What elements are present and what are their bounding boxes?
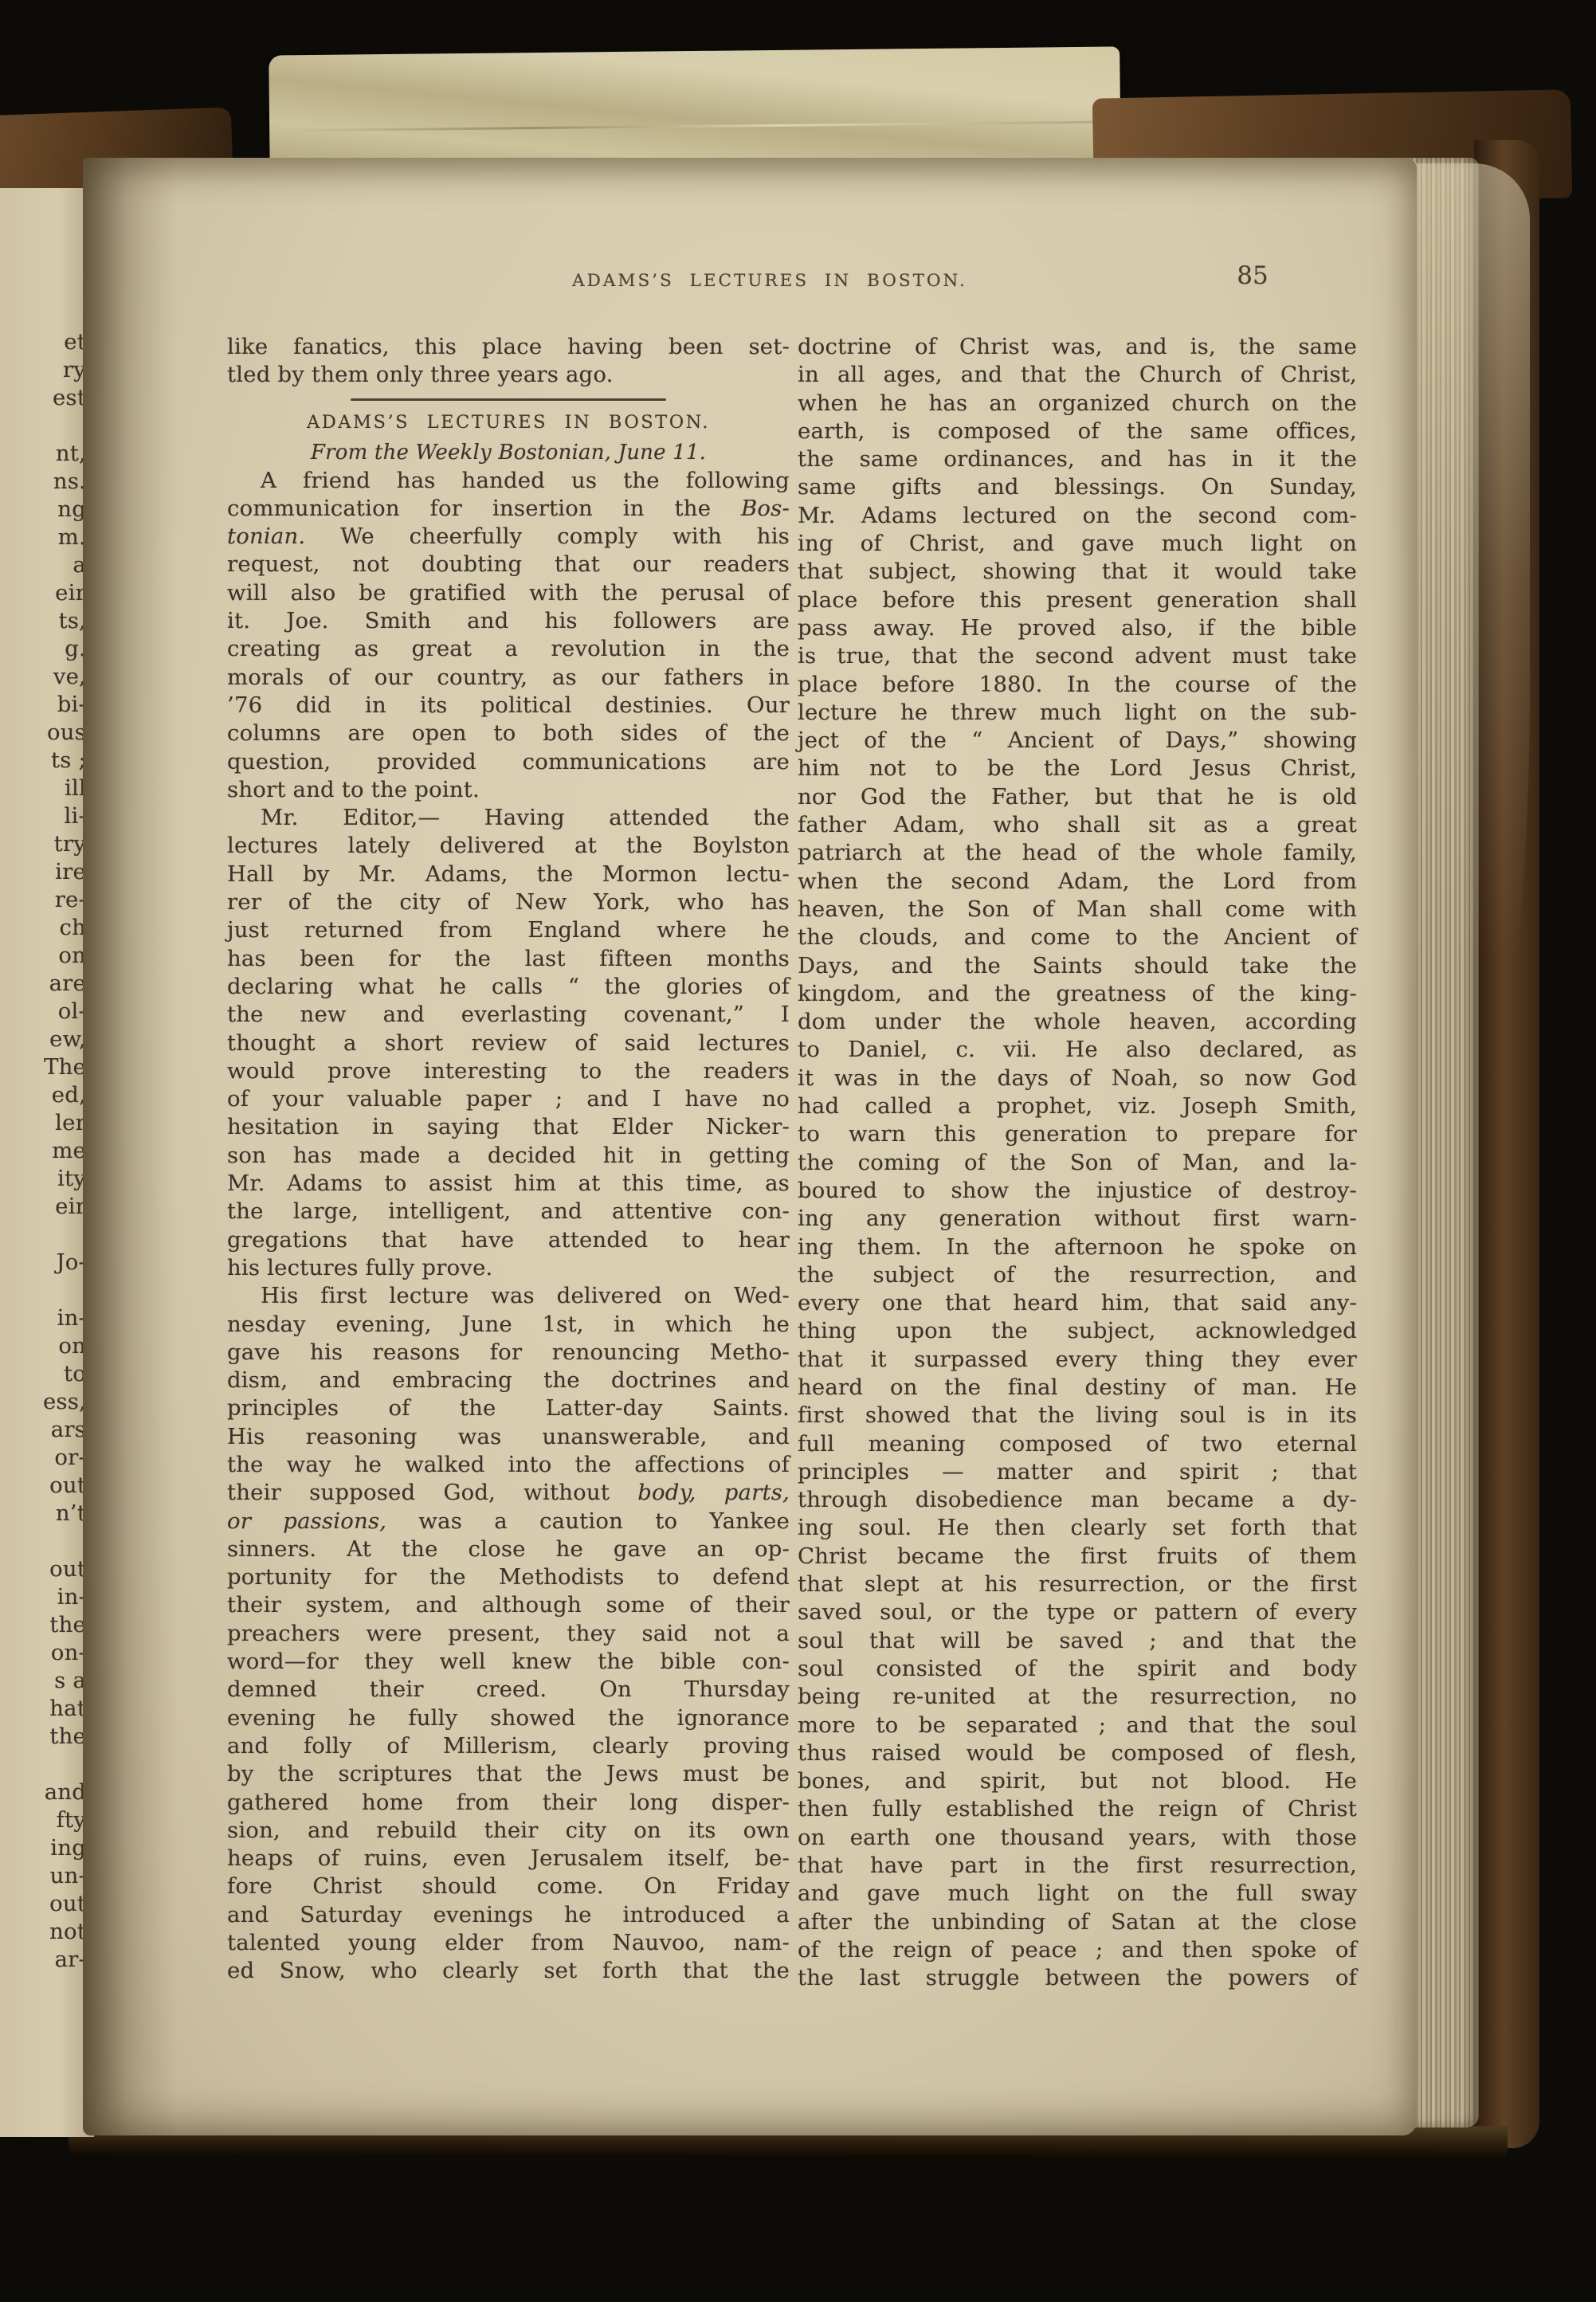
plain-text: We cheerfully comply with his xyxy=(305,524,790,549)
left-text-column: like fanatics, this place having been se… xyxy=(227,333,790,1986)
cutoff-text-fragment: The xyxy=(3,1053,86,1081)
text-line: declaring what he calls “ the glories of xyxy=(227,973,790,1001)
paragraph: doctrine of Christ was, and is, the same… xyxy=(798,333,1357,1993)
text-line: more to be separated ; and that the soul xyxy=(798,1712,1357,1739)
page-number: 85 xyxy=(1221,261,1284,290)
cutoff-text-fragment: ing xyxy=(3,1834,86,1862)
cutoff-text-fragment: out xyxy=(3,1472,86,1500)
text-line: bones, and spirit, but not blood. He xyxy=(798,1767,1357,1795)
text-line: His first lecture was delivered on Wed- xyxy=(227,1282,790,1310)
article-heading: ADAMS’S LECTURES IN BOSTON. xyxy=(227,406,790,438)
cutoff-text-fragment: in- xyxy=(3,1583,86,1611)
cutoff-text-fragment: s a xyxy=(3,1667,86,1695)
text-line: just returned from England where he xyxy=(227,916,790,944)
text-line: thus raised would be composed of flesh, xyxy=(798,1739,1357,1767)
cutoff-text-fragment: eir xyxy=(3,579,86,607)
text-line: preachers were present, they said not a xyxy=(227,1620,790,1648)
text-line: would prove interesting to the readers xyxy=(227,1057,790,1085)
text-line: is true, that the second advent must tak… xyxy=(798,642,1357,670)
text-line: communication for insertion in the Bos- xyxy=(227,495,790,523)
cutoff-text-fragment: or- xyxy=(3,1444,86,1472)
text-line: through disobedience man became a dy- xyxy=(798,1486,1357,1514)
text-line: boured to show the injustice of destroy- xyxy=(798,1177,1357,1205)
text-line: soul that will be saved ; and that the xyxy=(798,1627,1357,1655)
text-line: when he has an organized church on the xyxy=(798,390,1357,418)
text-line: creating as great a revolution in the xyxy=(227,635,790,663)
text-line: tled by them only three years ago. xyxy=(227,361,790,389)
text-line: the subject of the resurrection, and xyxy=(798,1261,1357,1289)
book-photo-scene: etryest nt,ns.ngm.aeirts,g.ve,bi-ousts ;… xyxy=(0,0,1596,2302)
text-line: heaps of ruins, even Jerusalem itself, b… xyxy=(227,1845,790,1873)
text-line: fore Christ should come. On Friday xyxy=(227,1873,790,1900)
text-line: like fanatics, this place having been se… xyxy=(227,333,790,361)
cutoff-text-fragment xyxy=(3,1221,86,1249)
text-line: His reasoning was unanswerable, and xyxy=(227,1423,790,1451)
text-line: and gave much light on the full sway xyxy=(798,1880,1357,1908)
text-line: Christ became the first fruits of them xyxy=(798,1543,1357,1571)
text-line: ing soul. He then clearly set forth that xyxy=(798,1514,1357,1542)
text-line: hesitation in saying that Elder Nicker- xyxy=(227,1113,790,1141)
section-divider-rule xyxy=(351,398,666,401)
cutoff-text-fragment: li- xyxy=(3,802,86,830)
cutoff-text-fragment xyxy=(3,412,86,440)
cutoff-text-fragment: ler xyxy=(3,1109,86,1137)
text-line: Mr. Adams to assist him at this time, as xyxy=(227,1170,790,1198)
text-line: that subject, showing that it would take xyxy=(798,558,1357,586)
text-line: the way he walked into the affections of xyxy=(227,1451,790,1479)
text-line: nor God the Father, but that he is old xyxy=(798,783,1357,811)
cutoff-text-fragment: ry xyxy=(3,356,86,384)
cutoff-text-fragment: nt, xyxy=(3,440,86,468)
cutoff-text-fragment: ng xyxy=(3,496,86,524)
paragraph: A friend has handed us the followingcomm… xyxy=(227,467,790,805)
text-line: place before this present generation sha… xyxy=(798,586,1357,614)
text-line: of the reign of peace ; and then spoke o… xyxy=(798,1936,1357,1964)
cutoff-text-fragment: ed, xyxy=(3,1081,86,1109)
cutoff-text-fragment: ts, xyxy=(3,607,86,635)
cutoff-text-fragment: ns. xyxy=(3,468,86,496)
text-line: gregations that have attended to hear xyxy=(227,1226,790,1254)
leather-cover-right-edge xyxy=(1474,140,1539,2148)
text-line: him not to be the Lord Jesus Christ, xyxy=(798,755,1357,782)
text-line: columns are open to both sides of the xyxy=(227,720,790,747)
text-line: ’76 did in its political destinies. Our xyxy=(227,692,790,720)
text-line: thought a short review of said lectures xyxy=(227,1029,790,1057)
text-line: principles — matter and spirit ; that xyxy=(798,1458,1357,1486)
plain-text: communication for insertion in the xyxy=(227,496,741,521)
cutoff-text-fragment: ous xyxy=(3,719,86,747)
cutoff-text-fragment: fty xyxy=(3,1806,86,1834)
text-line: the last struggle between the powers of xyxy=(798,1964,1357,1992)
text-line: the new and everlasting covenant,” I xyxy=(227,1001,790,1029)
left-column-body: A friend has handed us the followingcomm… xyxy=(227,467,790,1986)
cutoff-text-fragment: un- xyxy=(3,1862,86,1890)
cutoff-text-fragment: et xyxy=(3,328,86,356)
text-line: request, not doubting that our readers xyxy=(227,551,790,578)
text-line: that slept at his resurrection, or the f… xyxy=(798,1571,1357,1598)
text-line: question, provided communications are xyxy=(227,748,790,776)
text-line: gathered home from their long disper- xyxy=(227,1789,790,1817)
plain-text: was a caution to Yankee xyxy=(386,1508,790,1534)
italic-text: body, parts, xyxy=(637,1480,790,1505)
text-line: pass away. He proved also, if the bible xyxy=(798,614,1357,642)
italic-text: Bos- xyxy=(741,496,790,521)
text-line: their system, and although some of their xyxy=(227,1591,790,1619)
text-line: father Adam, who shall sit as a great xyxy=(798,811,1357,839)
text-line: Mr. Editor,— Having attended the xyxy=(227,804,790,832)
text-line: ject of the “ Ancient of Days,” showing xyxy=(798,727,1357,755)
text-line: dom under the whole heaven, according xyxy=(798,1008,1357,1036)
cutoff-text-fragment: ess, xyxy=(3,1388,86,1416)
text-line: that it surpassed every thing they ever xyxy=(798,1346,1357,1374)
text-line: it was in the days of Noah, so now God xyxy=(798,1065,1357,1092)
text-line: will also be gratified with the perusal … xyxy=(227,579,790,607)
text-line: their supposed God, without body, parts, xyxy=(227,1479,790,1507)
text-line: heard on the final destiny of man. He xyxy=(798,1374,1357,1402)
text-line: short and to the point. xyxy=(227,776,790,804)
text-line: Days, and the Saints should take the xyxy=(798,952,1357,980)
text-line: lecture he threw much light on the sub- xyxy=(798,699,1357,727)
cutoff-text-fragment: on xyxy=(3,1332,86,1360)
text-line: then fully established the reign of Chri… xyxy=(798,1795,1357,1823)
text-line: ing of Christ, and gave much light on xyxy=(798,530,1357,558)
text-line: A friend has handed us the following xyxy=(227,467,790,495)
text-line: after the unbinding of Satan at the clos… xyxy=(798,1908,1357,1936)
article-byline: From the Weekly Bostonian, June 11. xyxy=(227,438,790,467)
text-line: to Daniel, c. vii. He also declared, as xyxy=(798,1036,1357,1064)
cutoff-text-fragment: me xyxy=(3,1137,86,1165)
text-line: first showed that the living soul is in … xyxy=(798,1402,1357,1429)
text-line: ing any generation without first warn- xyxy=(798,1205,1357,1233)
book-page: ADAMS’S LECTURES IN BOSTON. 85 like fana… xyxy=(83,158,1417,2135)
facing-page-sliver: etryest nt,ns.ngm.aeirts,g.ve,bi-ousts ;… xyxy=(0,188,94,2137)
cutoff-text-fragment: ars xyxy=(3,1416,86,1444)
text-line: son has made a decided hit in getting xyxy=(227,1142,790,1170)
cutoff-text-fragment: on- xyxy=(3,1639,86,1667)
cutoff-text-fragment: n’t xyxy=(3,1500,86,1527)
cutoff-text-fragment: est xyxy=(3,384,86,412)
cutoff-text-fragment xyxy=(3,1751,86,1778)
text-line: nesday evening, June 1st, in which he xyxy=(227,1311,790,1339)
cutoff-text-fragment: re- xyxy=(3,886,86,914)
text-line: Hall by Mr. Adams, the Mormon lectu- xyxy=(227,861,790,888)
italic-text: or passions, xyxy=(227,1508,386,1534)
text-line: soul consisted of the spirit and body xyxy=(798,1655,1357,1683)
text-line: the large, intelligent, and attentive co… xyxy=(227,1198,790,1226)
text-line: ing them. In the afternoon he spoke on xyxy=(798,1233,1357,1261)
cutoff-text-fragment: not xyxy=(3,1918,86,1946)
paragraph: like fanatics, this place having been se… xyxy=(227,333,790,390)
cutoff-text-fragment: in- xyxy=(3,1304,86,1332)
cutoff-text-fragment: ve, xyxy=(3,663,86,691)
cutoff-text-fragment: ol- xyxy=(3,998,86,1026)
text-line: of your valuable paper ; and I have no xyxy=(227,1085,790,1113)
cutoff-text-fragment: ire xyxy=(3,858,86,886)
text-line: place before 1880. In the course of the xyxy=(798,671,1357,699)
cutoff-text-fragment: try xyxy=(3,830,86,858)
text-line: patriarch at the head of the whole famil… xyxy=(798,839,1357,867)
paragraph: Mr. Editor,— Having attended thelectures… xyxy=(227,804,790,1282)
text-line: his lectures fully prove. xyxy=(227,1254,790,1282)
cutoff-text-fragment: ch xyxy=(3,914,86,942)
cutoff-text-fragment: to xyxy=(3,1360,86,1388)
cutoff-text-fragment: ar- xyxy=(3,1946,86,1974)
text-line: in all ages, and that the Church of Chri… xyxy=(798,361,1357,389)
cutoff-text-fragment: hat xyxy=(3,1695,86,1723)
text-line: lectures lately delivered at the Boylsto… xyxy=(227,832,790,860)
text-line: the clouds, and come to the Ancient of xyxy=(798,924,1357,951)
cutoff-text-fragment xyxy=(3,1276,86,1304)
cutoff-text-fragment: ill xyxy=(3,775,86,802)
cutoff-text-fragment: ity xyxy=(3,1165,86,1193)
right-text-column: doctrine of Christ was, and is, the same… xyxy=(798,333,1357,1993)
text-line: full meaning composed of two eternal xyxy=(798,1430,1357,1458)
cutoff-text-fragment: ts ; xyxy=(3,747,86,775)
text-line: rer of the city of New York, who has xyxy=(227,888,790,916)
text-line: every one that heard him, that said any- xyxy=(798,1289,1357,1317)
text-line: saved soul, or the type or pattern of ev… xyxy=(798,1598,1357,1626)
cutoff-text-fragment: Jo- xyxy=(3,1249,86,1276)
text-line: demned their creed. On Thursday xyxy=(227,1676,790,1704)
text-line: heaven, the Son of Man shall come with xyxy=(798,896,1357,924)
text-line: or passions, was a caution to Yankee xyxy=(227,1508,790,1535)
continuation-paragraph: like fanatics, this place having been se… xyxy=(227,333,790,390)
cutoff-fragment-column: etryest nt,ns.ngm.aeirts,g.ve,bi-ousts ;… xyxy=(3,328,86,1974)
text-line: the coming of the Son of Man, and la- xyxy=(798,1149,1357,1177)
cutoff-text-fragment: out xyxy=(3,1890,86,1918)
text-line: thing upon the subject, acknowledged xyxy=(798,1317,1357,1345)
text-line: tonian. We cheerfully comply with his xyxy=(227,523,790,551)
text-line: on earth one thousand years, with those xyxy=(798,1824,1357,1852)
text-line: sinners. At the close he gave an op- xyxy=(227,1535,790,1563)
text-line: the same ordinances, and has in it the xyxy=(798,445,1357,473)
cutoff-text-fragment: a xyxy=(3,551,86,579)
text-line: when the second Adam, the Lord from xyxy=(798,868,1357,896)
cutoff-text-fragment: g. xyxy=(3,635,86,663)
text-line: same gifts and blessings. On Sunday, xyxy=(798,473,1357,501)
text-line: gave his reasons for renouncing Metho- xyxy=(227,1339,790,1367)
cutoff-text-fragment: eir xyxy=(3,1193,86,1221)
paper-crease xyxy=(287,120,1104,131)
text-line: and folly of Millerism, clearly proving xyxy=(227,1732,790,1760)
text-line: by the scriptures that the Jews must be xyxy=(227,1760,790,1788)
text-line: morals of our country, as our fathers in xyxy=(227,664,790,692)
text-line: had called a prophet, viz. Joseph Smith, xyxy=(798,1092,1357,1120)
text-line: being re-united at the resurrection, no xyxy=(798,1683,1357,1711)
text-line: doctrine of Christ was, and is, the same xyxy=(798,333,1357,361)
text-line: dism, and embracing the doctrines and xyxy=(227,1367,790,1394)
cutoff-text-fragment: m. xyxy=(3,524,86,551)
cutoff-text-fragment: out xyxy=(3,1555,86,1583)
text-line: that have part in the first resurrection… xyxy=(798,1852,1357,1880)
text-line: has been for the last fifteen months xyxy=(227,945,790,973)
text-line: sion, and rebuild their city on its own xyxy=(227,1817,790,1845)
cutoff-text-fragment: are xyxy=(3,970,86,998)
text-line: word—for they well knew the bible con- xyxy=(227,1648,790,1676)
cutoff-text-fragment: on xyxy=(3,942,86,970)
gutter-shadow xyxy=(83,158,178,2135)
text-line: earth, is composed of the same offices, xyxy=(798,418,1357,445)
cutoff-text-fragment: the xyxy=(3,1723,86,1751)
plain-text: their supposed God, without xyxy=(227,1480,637,1505)
text-line: principles of the Latter-day Saints. xyxy=(227,1394,790,1422)
text-line: it. Joe. Smith and his followers are xyxy=(227,607,790,635)
text-line: talented young elder from Nauvoo, nam- xyxy=(227,1929,790,1957)
text-line: evening he fully showed the ignorance xyxy=(227,1704,790,1732)
text-line: portunity for the Methodists to defend xyxy=(227,1563,790,1591)
text-line: kingdom, and the greatness of the king- xyxy=(798,980,1357,1008)
text-line: ed Snow, who clearly set forth that the xyxy=(227,1957,790,1985)
text-line: to warn this generation to prepare for xyxy=(798,1120,1357,1148)
running-head: ADAMS’S LECTURES IN BOSTON. xyxy=(255,271,1284,291)
paragraph: His first lecture was delivered on Wed-n… xyxy=(227,1282,790,1985)
text-line: and Saturday evenings he introduced a xyxy=(227,1901,790,1929)
italic-text: tonian. xyxy=(227,524,305,549)
cutoff-text-fragment: and xyxy=(3,1778,86,1806)
cutoff-text-fragment: bi- xyxy=(3,691,86,719)
cutoff-text-fragment: ew, xyxy=(3,1026,86,1053)
cutoff-text-fragment: the xyxy=(3,1611,86,1639)
right-column-body: doctrine of Christ was, and is, the same… xyxy=(798,333,1357,1993)
text-line: Mr. Adams lectured on the second com- xyxy=(798,502,1357,530)
cutoff-text-fragment xyxy=(3,1527,86,1555)
